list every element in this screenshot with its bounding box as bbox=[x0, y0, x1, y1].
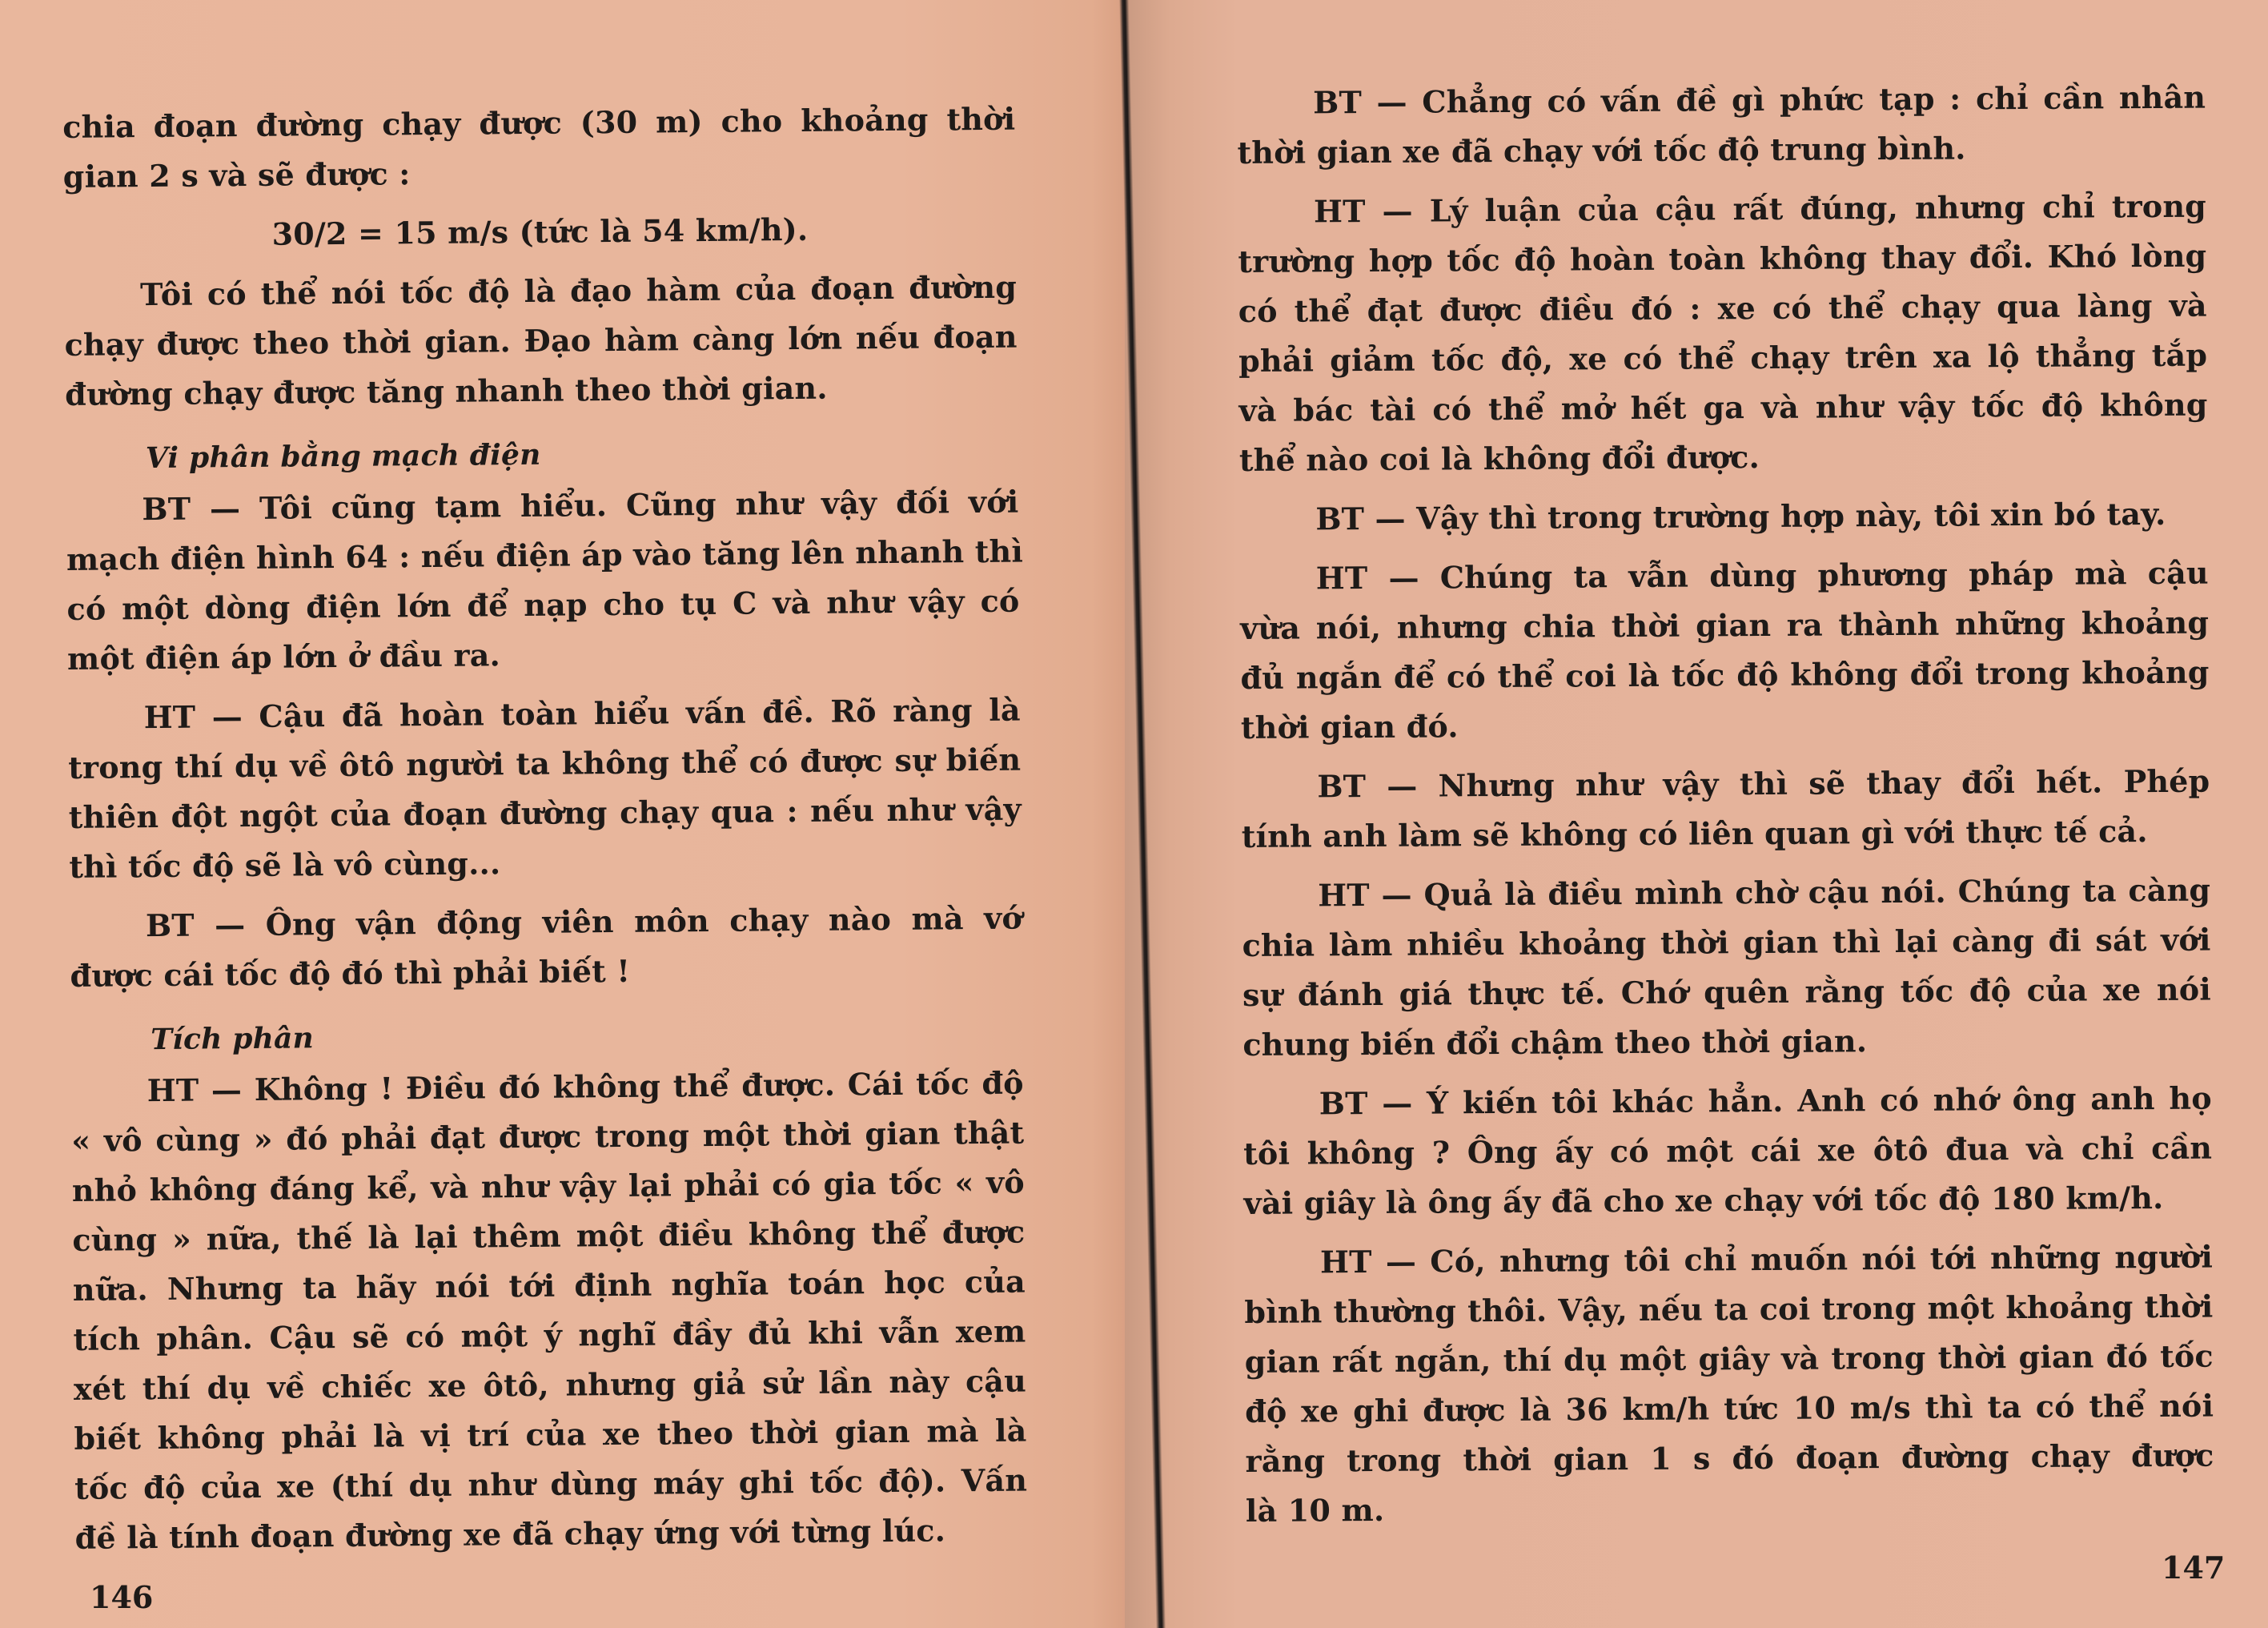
text-line: sự đánh giá thực tế. Chớ quên rằng tốc đ… bbox=[1242, 965, 2211, 1020]
text-line: thời gian xe đã chạy với tốc độ trung bì… bbox=[1237, 123, 2206, 178]
page-number-right: 147 bbox=[2162, 1550, 2225, 1586]
text-line: xét thí dụ về chiếc xe ôtô, nhưng giả sử… bbox=[74, 1357, 1026, 1414]
text-line: trong thí dụ về ôtô người ta không thể c… bbox=[68, 735, 1021, 793]
formula: 30/2 = 15 m/s (tức là 54 km/h). bbox=[63, 203, 1016, 261]
text-line: nhỏ không đáng kể, và như vậy lại phải c… bbox=[72, 1158, 1025, 1216]
text-line: được cái tốc độ đó thì phải biết ! bbox=[70, 943, 1022, 1001]
dialogue-paragraph: HT — Cậu đã hoàn toàn hiểu vấn đề. Rõ rà… bbox=[67, 685, 1022, 892]
text-line: đề là tính đoạn đường xe đã chạy ứng với… bbox=[74, 1505, 1027, 1563]
text-line: trường hợp tốc độ hoàn toàn không thay đ… bbox=[1238, 231, 2206, 287]
text-line: tính anh làm sẽ không có liên quan gì vớ… bbox=[1242, 806, 2210, 862]
text-line: HT — Chúng ta vẫn dùng phương pháp mà cậ… bbox=[1240, 549, 2209, 604]
dialogue-paragraph: BT — Nhưng như vậy thì sẽ thay đổi hết. … bbox=[1241, 757, 2210, 862]
text-line: một điện áp lớn ở đầu ra. bbox=[67, 626, 1020, 684]
text-line: BT — Tôi cũng tạm hiểu. Cũng như vậy đối… bbox=[66, 477, 1018, 535]
text-line: và bác tài có thể mở hết ga và như vậy t… bbox=[1238, 380, 2207, 436]
dialogue-paragraph: HT — Có, nhưng tôi chỉ muốn nói tới nhữn… bbox=[1244, 1232, 2214, 1536]
text-line: HT — Cậu đã hoàn toàn hiểu vấn đề. Rõ rà… bbox=[67, 685, 1020, 743]
text-line: mạch điện hình 64 : nếu điện áp vào tăng… bbox=[66, 527, 1019, 585]
text-line: vừa nói, nhưng chia thời gian ra thành n… bbox=[1240, 598, 2209, 653]
dialogue-paragraph: BT — Vậy thì trong trường hợp này, tôi x… bbox=[1239, 489, 2208, 545]
text-line: có thể đạt được điều đó : xe có thể chạy… bbox=[1238, 281, 2207, 336]
text-line: cùng » nữa, thế là lại thêm một điều khô… bbox=[72, 1208, 1025, 1265]
text-line: thì tốc độ sẽ là vô cùng... bbox=[69, 834, 1022, 892]
text-line: HT — Không ! Điều đó không thể được. Cái… bbox=[71, 1059, 1024, 1116]
text-line: BT — Chẳng có vấn đề gì phức tạp : chỉ c… bbox=[1237, 73, 2206, 128]
paragraph: chia đoạn đường chạy được (30 m) cho kho… bbox=[62, 94, 1016, 202]
text-line: tôi không ? Ông ấy có một cái xe ôtô đua… bbox=[1243, 1124, 2212, 1179]
dialogue-paragraph: HT — Không ! Điều đó không thể được. Cái… bbox=[71, 1059, 1028, 1563]
text-line: tích phân. Cậu sẽ có một ý nghĩ đầy đủ k… bbox=[73, 1307, 1026, 1365]
section-heading: Tích phân bbox=[70, 1007, 1023, 1065]
text-line: gian 2 s và sẽ được : bbox=[63, 144, 1016, 202]
text-line: « vô cùng » đó phải đạt được trong một t… bbox=[71, 1108, 1024, 1166]
text-line: BT — Vậy thì trong trường hợp này, tôi x… bbox=[1239, 489, 2208, 545]
text-line: BT — Ông vận động viên môn chạy nào mà v… bbox=[70, 894, 1022, 951]
text-line: nữa. Nhưng ta hãy nói tới định nghĩa toá… bbox=[73, 1257, 1026, 1315]
text-line: thời gian đó. bbox=[1241, 697, 2210, 753]
text-line: chung biến đổi chậm theo thời gian. bbox=[1242, 1015, 2211, 1070]
text-line: là 10 m. bbox=[1246, 1481, 2214, 1536]
text-line: thiên đột ngột của đoạn đường chạy qua :… bbox=[69, 785, 1022, 842]
right-page-text: BT — Chẳng có vấn đề gì phức tạp : chỉ c… bbox=[1237, 73, 2214, 1546]
dialogue-paragraph: HT — Lý luận của cậu rất đúng, nhưng chỉ… bbox=[1238, 182, 2208, 485]
text-line: chia làm nhiều khoảng thời gian thì lại … bbox=[1242, 915, 2210, 971]
text-line: đủ ngắn để có thể coi là tốc độ không đổ… bbox=[1240, 648, 2209, 703]
text-line: thể nào coi là không đổi được. bbox=[1239, 430, 2208, 485]
dialogue-paragraph: BT — Chẳng có vấn đề gì phức tạp : chỉ c… bbox=[1237, 73, 2206, 178]
text-line: gian rất ngắn, thí dụ một giây và trong … bbox=[1245, 1332, 2214, 1387]
dialogue-paragraph: HT — Chúng ta vẫn dùng phương pháp mà cậ… bbox=[1240, 549, 2210, 753]
page-number-left: 146 bbox=[90, 1579, 153, 1615]
text-line: HT — Lý luận của cậu rất đúng, nhưng chỉ… bbox=[1238, 182, 2206, 237]
text-line: HT — Quả là điều mình chờ cậu nói. Chúng… bbox=[1242, 866, 2210, 921]
section-heading: Vi phân bằng mạch điện bbox=[66, 426, 1018, 484]
text-line: chia đoạn đường chạy được (30 m) cho kho… bbox=[62, 94, 1015, 152]
text-line: chạy được theo thời gian. Đạo hàm càng l… bbox=[64, 312, 1017, 370]
dialogue-paragraph: BT — Ý kiến tôi khác hẳn. Anh có nhớ ông… bbox=[1243, 1074, 2213, 1228]
text-line: biết không phải là vị trí của xe theo th… bbox=[74, 1406, 1026, 1464]
text-line: rằng trong thời gian 1 s đó đoạn đường c… bbox=[1245, 1431, 2214, 1486]
text-line: BT — Nhưng như vậy thì sẽ thay đổi hết. … bbox=[1241, 757, 2210, 812]
left-page-text: chia đoạn đường chạy được (30 m) cho kho… bbox=[62, 94, 1028, 1573]
text-line: có một dòng điện lớn để nạp cho tụ C và … bbox=[66, 577, 1019, 634]
text-line: Tôi có thể nói tốc độ là đạo hàm của đoạ… bbox=[64, 263, 1017, 320]
text-line: tốc độ của xe (thí dụ như dùng máy ghi t… bbox=[74, 1456, 1027, 1513]
text-line: BT — Ý kiến tôi khác hẳn. Anh có nhớ ông… bbox=[1243, 1074, 2212, 1129]
formula-line: 30/2 = 15 m/s (tức là 54 km/h). bbox=[63, 203, 1016, 261]
dialogue-paragraph: BT — Tôi cũng tạm hiểu. Cũng như vậy đối… bbox=[66, 477, 1020, 684]
text-line: phải giảm tốc độ, xe có thể chạy trên xa… bbox=[1238, 331, 2207, 386]
text-line: bình thường thôi. Vậy, nếu ta coi trong … bbox=[1244, 1282, 2213, 1337]
dialogue-paragraph: BT — Ông vận động viên môn chạy nào mà v… bbox=[70, 894, 1023, 1001]
paragraph: Tôi có thể nói tốc độ là đạo hàm của đoạ… bbox=[64, 263, 1018, 420]
text-line: HT — Có, nhưng tôi chỉ muốn nói tới nhữn… bbox=[1244, 1232, 2213, 1288]
dialogue-paragraph: HT — Quả là điều mình chờ cậu nói. Chúng… bbox=[1242, 866, 2211, 1070]
text-line: độ xe ghi được là 36 km/h tức 10 m/s thì… bbox=[1245, 1381, 2214, 1437]
text-line: vài giây là ông ấy đã cho xe chạy với tố… bbox=[1243, 1173, 2212, 1228]
text-line: đường chạy được tăng nhanh theo thời gia… bbox=[65, 362, 1018, 420]
